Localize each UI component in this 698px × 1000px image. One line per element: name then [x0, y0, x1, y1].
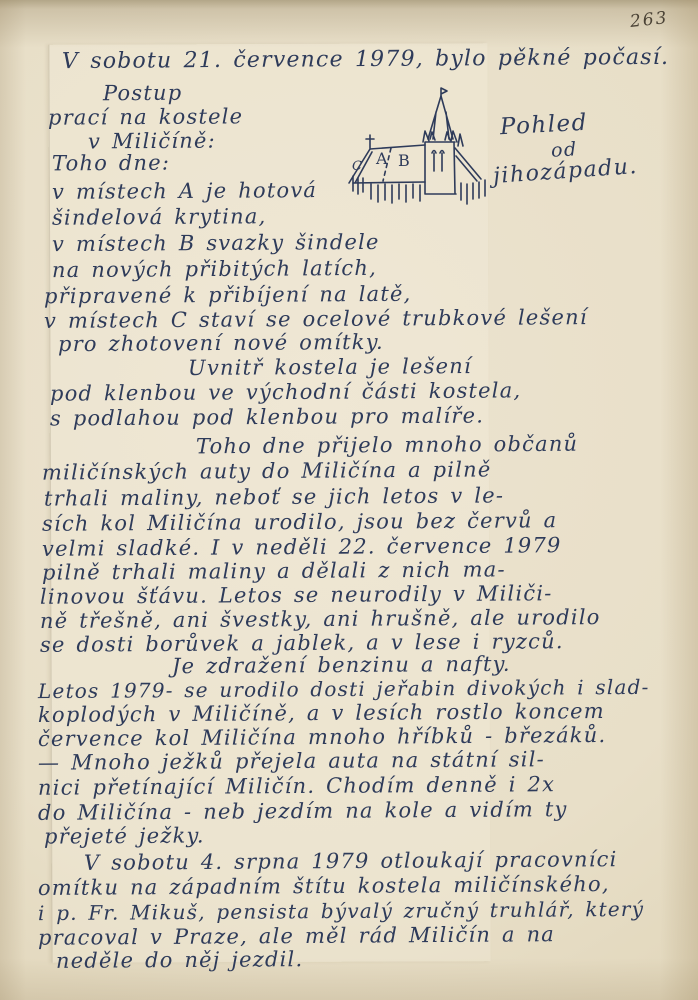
- page-number: 263: [629, 8, 669, 32]
- spire-finial: [441, 88, 447, 96]
- roof-label-a: A: [375, 149, 388, 168]
- manuscript-line: Toho dne:: [52, 152, 170, 176]
- manuscript-line: do Miličína - neb jezdím na kole a vidím…: [38, 798, 568, 825]
- manuscript-line: připravené k přibíjení na latě,: [44, 283, 412, 309]
- manuscript-line: pod klenbou ve východní části kostela,: [50, 379, 521, 405]
- manuscript-line: Postup: [103, 82, 182, 106]
- manuscript-line: neděle do něj jezdil.: [56, 948, 303, 973]
- chancel-wall-strokes: [461, 180, 485, 204]
- nave-wall-strokes: [371, 184, 420, 203]
- gable-cross: [366, 135, 374, 148]
- manuscript-line: V sobotu 21. července 1979, bylo pěkné p…: [62, 46, 669, 74]
- manuscript-line: omítku na západním štítu kostela miličín…: [38, 873, 610, 900]
- manuscript-line: nici přetínající Miličín. Chodím denně i…: [38, 773, 555, 800]
- roof-label-c: C: [352, 159, 362, 174]
- manuscript-line: pro zhotovení nové omítky.: [58, 331, 384, 356]
- manuscript-line: přejeté ježky.: [44, 824, 205, 848]
- manuscript-line: Toho dne přijelo mnoho občanů: [196, 433, 578, 459]
- left-buttresses: [353, 176, 363, 194]
- manuscript-line: Letos 1979- se urodilo dosti jeřabin div…: [38, 676, 650, 702]
- manuscript-line: v místech A je hotová: [52, 179, 317, 204]
- manuscript-line: Uvnitř kostela je lešení: [188, 355, 472, 380]
- manuscript-line: linovou šťávu. Letos se neurodily v Mili…: [40, 582, 553, 609]
- manuscript-line: i p. Fr. Mikuš, pensista bývalý zručný t…: [38, 898, 644, 924]
- manuscript-line: šindelová krytina,: [52, 205, 267, 230]
- roof-label-b: B: [398, 151, 410, 170]
- manuscript-line: V sobotu 4. srpna 1979 otloukají pracovn…: [84, 848, 618, 875]
- manuscript-line: s podlahou pod klenbou pro malíře.: [50, 404, 484, 430]
- manuscript-line: Je zdražení benzinu a nafty.: [172, 653, 511, 678]
- side-note-line: jihozápadu.: [492, 154, 638, 189]
- tower-windows: [432, 151, 444, 172]
- manuscript-line: trhali maliny, neboť se jich letos v le-: [44, 484, 504, 510]
- manuscript-line: pilně trhali maliny a dělali z nich ma-: [42, 558, 506, 584]
- right-pinnacle: [458, 134, 463, 146]
- manuscript-line: — Mnoho ježků přejela auta na státní sil…: [38, 748, 545, 775]
- manuscript-line: v místech B svazky šindele: [52, 231, 380, 256]
- manuscript-line: sích kol Miličína urodilo, jsou bez červ…: [42, 509, 557, 536]
- manuscript-line: pracoval v Praze, ale měl rád Miličín a …: [38, 923, 555, 950]
- church-sketch: A B C: [325, 86, 510, 234]
- side-note-line: Pohled: [499, 110, 588, 141]
- manuscript-line: na nových přibitých latích,: [52, 257, 377, 282]
- chancel-roof: [455, 148, 481, 181]
- manuscript-line: v místech C staví se ocelové trubkové le…: [44, 306, 588, 333]
- manuscript-line: miličínských auty do Miličína a pilně: [42, 458, 492, 484]
- manuscript-line: prací na kostele: [48, 105, 243, 129]
- tower-body: [425, 142, 456, 194]
- chronicle-page-photo: 263 V sobotu 21. července 1979, bylo pěk…: [0, 0, 698, 1000]
